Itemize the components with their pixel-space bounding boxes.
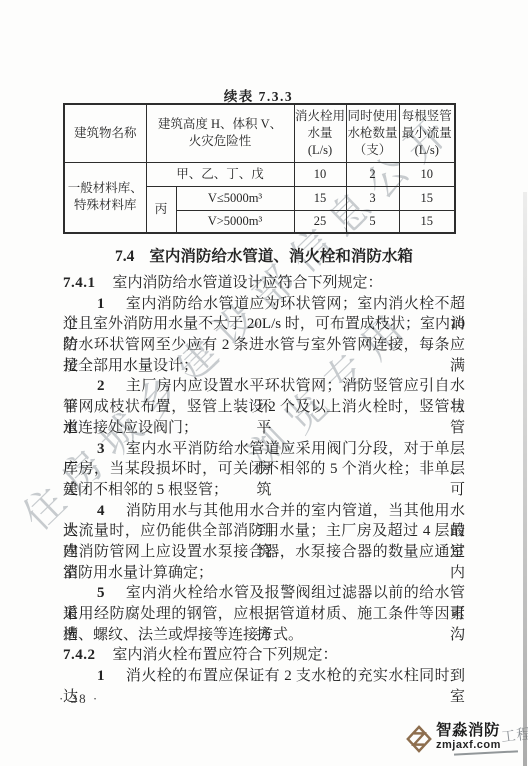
item-number: 3 xyxy=(97,441,105,457)
item-number: 4 xyxy=(97,503,105,519)
cell-volume: V>5000m³ xyxy=(176,210,294,233)
header-hydrant-flow: 消火栓用 水量 (L/s) xyxy=(294,104,346,162)
item-number: 2 xyxy=(97,378,105,394)
body-line: 7.4.1室内消防给水管道设计应符合下列规定： xyxy=(63,273,465,294)
clause-number: 7.4.2 xyxy=(63,647,96,663)
header-riser-min-flow: 每根竖管 最小流量 (L/s) xyxy=(399,104,455,162)
cell-guns: 5 xyxy=(346,210,399,233)
item-number: 1 xyxy=(97,668,105,684)
cell-hazard-class: 甲、乙、丁、戊 xyxy=(146,162,294,186)
body-line: 4消防用水与其他用水合并的室内管道，当其他用水达到最 xyxy=(63,501,465,522)
body-line: 1消火栓的布置应保证有 2 支水枪的充实水柱同时到达室 xyxy=(63,666,465,687)
body-line: 2主厂房内应设置水平环状管网；消防竖管应引自水平环状 xyxy=(63,376,465,397)
header-simultaneous-guns: 同时使用 水枪数量 （支） xyxy=(346,104,399,162)
table-caption: 续表 7.3.3 xyxy=(63,85,454,105)
body-text: 7.4.1室内消防给水管道设计应符合下列规定： 1室内消防给水管道应为环状管网；… xyxy=(63,273,465,687)
section-title: 室内消防给水管道、消火栓和消防水箱 xyxy=(149,248,413,265)
body-line: 管网成枝状布置，竖管上装设 2 个及以上消火栓时，竖管与水平管 xyxy=(63,397,465,418)
page-number: · 38 · xyxy=(59,691,99,707)
body-line: 给水环状管网至少应有 2 条进水管与室外管网连接，每条应按满 xyxy=(63,335,465,356)
item-number: 5 xyxy=(97,585,105,601)
body-line: 采用经防腐处理的钢管，应根据管道材质、施工条件等因素选择沟 xyxy=(63,604,465,625)
item-number: 1 xyxy=(97,296,105,312)
hydrant-water-supply-table: 建筑物名称 建筑高度 H、体积 V、 火灾危险性 消火栓用 水量 (L/s) 同… xyxy=(63,103,456,234)
cell-riser-flow: 15 xyxy=(399,186,455,210)
cell-hydrant-flow: 15 xyxy=(294,186,346,210)
logo-diamond-icon xyxy=(405,724,433,754)
cell-riser-flow: 10 xyxy=(399,162,455,186)
body-line: 大流量时，应仍能供全部消防用水量；主厂房及超过 4 层的建筑室 xyxy=(63,521,465,542)
cell-building-group: 一般材料库、 特殊材料库 xyxy=(64,162,146,233)
header-building-name: 建筑物名称 xyxy=(64,104,146,162)
section-heading: 7.4室内消防给水管道、消火栓和消防水箱 xyxy=(0,244,528,266)
body-line: 7.4.2室内消火栓布置应符合下列规定： xyxy=(63,645,465,666)
cell-guns: 2 xyxy=(346,162,399,186)
clause-number: 7.4.1 xyxy=(63,275,96,291)
body-line: 5室内消火栓给水管及报警阀组过滤器以前的给水管道可 xyxy=(63,583,465,604)
table-row: 一般材料库、 特殊材料库 甲、乙、丁、戊 10 2 10 xyxy=(64,162,455,186)
cell-hydrant-flow: 10 xyxy=(294,162,346,186)
cell-guns: 3 xyxy=(346,186,399,210)
body-line: 库房，当某段损坏时，可关闭不相邻的 5 个消火栓；非单层建筑可 xyxy=(63,459,465,480)
body-line: 3室内水平消防给水管道应采用阀门分段，对于单层厂房、 xyxy=(63,439,465,460)
cell-hazard-class: 丙 xyxy=(146,186,176,233)
body-line: 1室内消防给水管道应为环状管网；室内消火栓不超过 10 xyxy=(63,294,465,315)
cell-hydrant-flow: 25 xyxy=(294,210,346,233)
body-line: 内消防管网上应设置水泵接合器，水泵接合器的数量应通过室内 xyxy=(63,542,465,563)
brand-watermark: 智淼消防 zmjaxf.com xyxy=(405,722,501,754)
brand-text-block: 智淼消防 zmjaxf.com xyxy=(436,722,501,751)
body-line: 个且室外消防用水量不大于 20L/s 时，可布置成枝状；室内消防 xyxy=(63,314,465,335)
brand-name: 智淼消防 xyxy=(436,722,501,739)
header-height-volume-hazard: 建筑高度 H、体积 V、 火灾危险性 xyxy=(146,104,294,162)
section-number: 7.4 xyxy=(115,248,134,265)
cell-riser-flow: 15 xyxy=(399,210,455,233)
cell-volume: V≤5000m³ xyxy=(176,186,294,210)
scanned-document-page: 住房城乡建设部信息公开 浏览专用 续表 7.3.3 建筑物名称 建筑高度 H、体… xyxy=(0,0,528,766)
scan-edge-streak xyxy=(523,192,527,766)
brand-domain: zmjaxf.com xyxy=(436,739,501,751)
